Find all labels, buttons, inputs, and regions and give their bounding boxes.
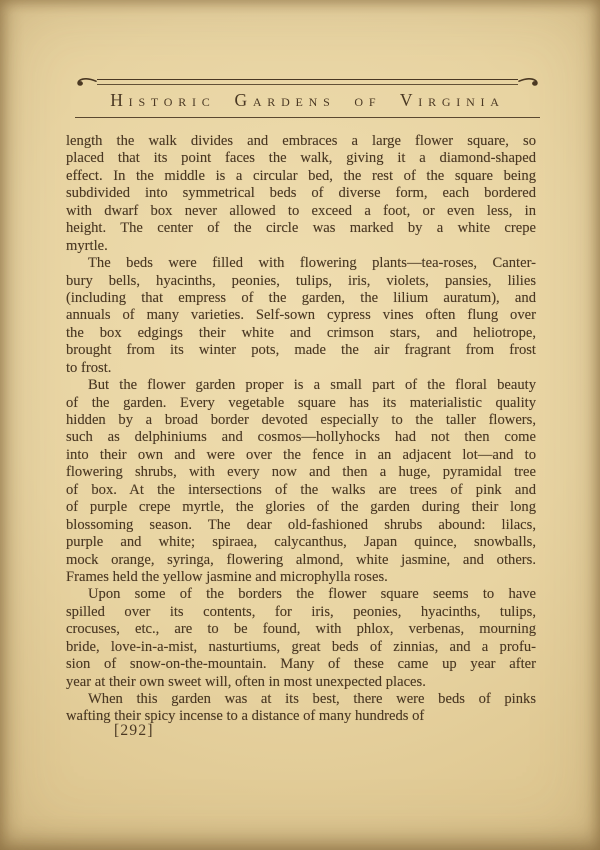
text-line: mock orange, syringa, flowering almond, …	[66, 552, 536, 569]
double-rule-line	[97, 79, 518, 85]
book-page: Historic Gardens of Virginia length the …	[0, 0, 600, 850]
page-body: length the walk divides and embraces a l…	[66, 133, 536, 726]
paragraph: When this garden was at its best, there …	[66, 691, 536, 726]
paragraph: length the walk divides and embraces a l…	[66, 133, 536, 255]
divider-rule	[75, 117, 540, 118]
text-line: myrtle.	[66, 238, 536, 255]
text-line: sion of snow-on-the-mountain. Many of th…	[66, 656, 536, 673]
text-line: subdivided into symmetrical beds of dive…	[66, 185, 536, 202]
text-line: to frost.	[66, 360, 536, 377]
text-line: annuals of many varieties. Self-sown cyp…	[66, 307, 536, 324]
text-line: purple and white; spiraea, calycanthus, …	[66, 534, 536, 551]
paragraph: But the flower garden proper is a small …	[66, 377, 536, 586]
text-line: flowering shrubs, with every now and the…	[66, 464, 536, 481]
text-line: (including that empress of the garden, t…	[66, 290, 536, 307]
running-head: Historic Gardens of Virginia	[75, 90, 540, 110]
header-rule	[75, 76, 540, 88]
text-line: placed that its point faces the walk, gi…	[66, 150, 536, 167]
text-line: blossoming season. The dear old-fashione…	[66, 517, 536, 534]
text-line: spilled over its contents, for iris, peo…	[66, 604, 536, 621]
paragraph: The beds were filled with flowering plan…	[66, 255, 536, 377]
text-line: When this garden was at its best, there …	[66, 691, 536, 708]
text-line: of the garden. Every vegetable square ha…	[66, 395, 536, 412]
text-line: length the walk divides and embraces a l…	[66, 133, 536, 150]
text-line: Upon some of the borders the flower squa…	[66, 586, 536, 603]
text-line: the box edgings their white and crimson …	[66, 325, 536, 342]
page-number: [292]	[114, 722, 154, 740]
text-line: effect. In the middle is a circular bed,…	[66, 168, 536, 185]
text-line: such as delphiniums and cosmos—hollyhock…	[66, 429, 536, 446]
text-line: bride, love-in-a-mist, nasturtiums, grea…	[66, 639, 536, 656]
text-line: hidden by a broad border devoted especia…	[66, 412, 536, 429]
text-line: bury bells, hyacinths, peonies, tulips, …	[66, 273, 536, 290]
text-line: of box. At the intersections of the walk…	[66, 482, 536, 499]
text-line: crocuses, etc., are to be found, with ph…	[66, 621, 536, 638]
scroll-ornament-icon	[75, 76, 97, 88]
text-line: of purple crepe myrtle, the glories of t…	[66, 499, 536, 516]
text-line: brought from its winter pots, made the a…	[66, 342, 536, 359]
paragraph: Upon some of the borders the flower squa…	[66, 586, 536, 691]
text-line: height. The center of the circle was mar…	[66, 220, 536, 237]
text-line: with dwarf box never allowed to exceed a…	[66, 203, 536, 220]
text-line: year at their own sweet will, often in m…	[66, 674, 536, 691]
text-line: The beds were filled with flowering plan…	[66, 255, 536, 272]
text-line: into their own and were over the fence i…	[66, 447, 536, 464]
scroll-ornament-icon	[518, 76, 540, 88]
text-line: Frames held the yellow jasmine and micro…	[66, 569, 536, 586]
text-line: But the flower garden proper is a small …	[66, 377, 536, 394]
